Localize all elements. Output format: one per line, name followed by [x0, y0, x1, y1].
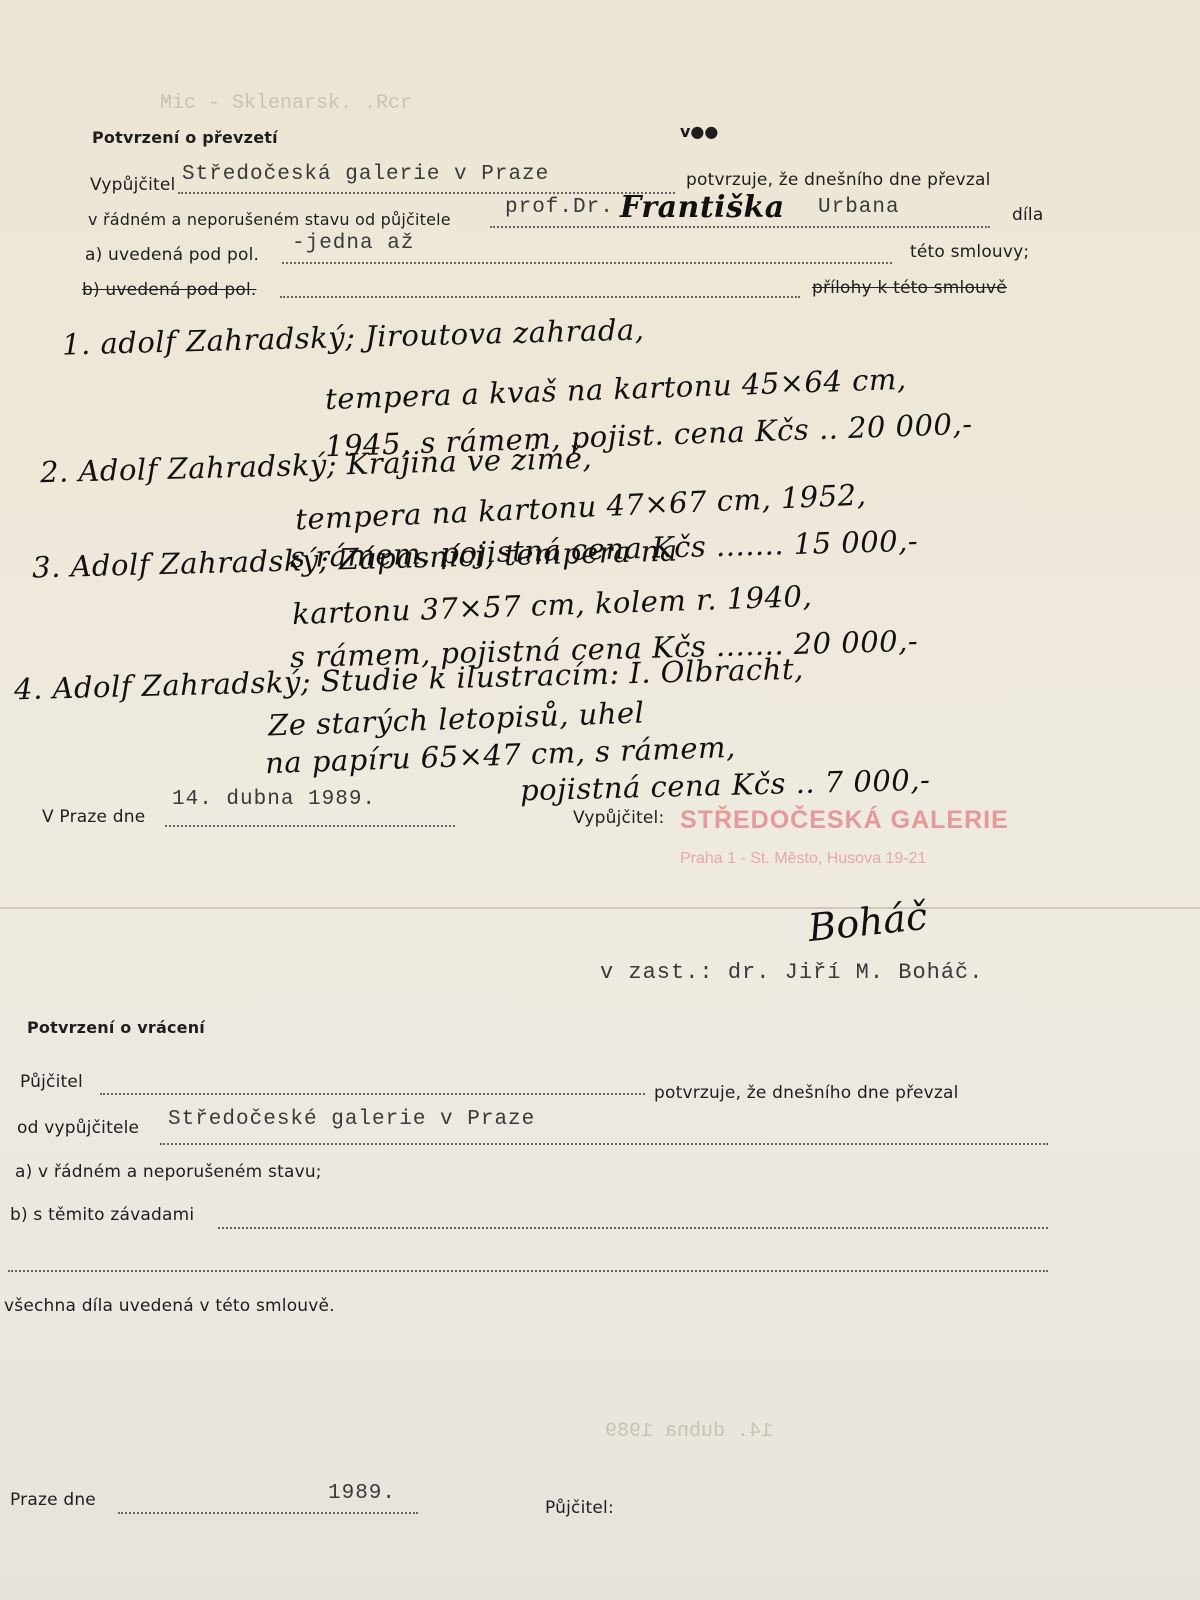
condition-label: v řádném a neporušeném stavu od půjčitel… [88, 210, 451, 229]
confirms-text: potvrzuje, že dnešního dne převzal [686, 170, 991, 190]
faded-header-text: Mic - Sklenarsk. .Rcr [160, 92, 412, 115]
item-a-value: -jedna až [292, 232, 414, 255]
return-date-value: 1989. [328, 1482, 396, 1505]
lender-line [490, 226, 990, 228]
item-b-suffix: přílohy k této smlouvě [812, 278, 1007, 298]
paper-fold [0, 907, 1200, 909]
item-2-line-1: 2. Adolf Zahradský; Krajina ve zimě, [40, 441, 593, 489]
return-confirms-text: potvrzuje, že dnešního dne převzal [654, 1083, 959, 1103]
item-a-line [282, 262, 892, 264]
return-date-line [118, 1512, 418, 1514]
item-3-line-2: kartonu 37×57 cm, kolem r. 1940, [292, 579, 813, 631]
all-works-text: všechna díla uvedená v této smlouvě. [4, 1296, 335, 1316]
return-lender-line [100, 1093, 645, 1095]
from-borrower-value: Středočeské galerie v Praze [168, 1108, 535, 1131]
date-value: 14. dubna 1989. [172, 788, 376, 811]
stamp-name: STŘEDOČESKÁ GALERIE [680, 806, 1009, 835]
borrower-label: Vypůjčitel [90, 175, 175, 195]
borrower-value: Středočeská galerie v Praze [182, 163, 549, 186]
option-a: a) v řádném a neporušeném stavu; [15, 1162, 322, 1182]
stamp-address: Praha 1 - St. Město, Husova 19-21 [680, 850, 926, 868]
item-3-line-1: 3. Adolf Zahradský; Zápasníci, tempera n… [32, 534, 678, 585]
from-borrower-line [160, 1143, 1048, 1145]
date-line [165, 825, 455, 827]
item-a-suffix: této smlouvy; [910, 242, 1029, 262]
item-a-label: a) uvedená pod pol. [85, 245, 259, 265]
return-lender-label: Půjčitel [20, 1072, 83, 1092]
receipt-title: Potvrzení o převzetí [92, 128, 278, 147]
option-b-line-2 [8, 1270, 1048, 1272]
representative: v zast.: dr. Jiří M. Boháč. [600, 960, 983, 985]
item-b-label: b) uvedená pod pol. [82, 280, 256, 300]
return-date-label: Praze dne [10, 1490, 96, 1510]
signature: Boháč [806, 894, 929, 950]
item-1-line-2: tempera a kvaš na kartonu 45×64 cm, [325, 362, 907, 416]
borrower-line [178, 192, 675, 194]
item-4-line-4: pojistná cena Kčs .. 7 000,- [520, 763, 931, 808]
option-b: b) s těmito závadami [10, 1205, 194, 1225]
lender-typed-prefix: prof.Dr. [505, 196, 614, 219]
ink-marks: v●● [680, 122, 718, 141]
from-borrower-label: od vypůjčitele [17, 1118, 139, 1138]
lender-sign-label: Půjčitel: [545, 1498, 614, 1518]
return-title: Potvrzení o vrácení [27, 1018, 205, 1037]
date-label: V Praze dne [42, 807, 145, 827]
option-b-line [218, 1227, 1048, 1229]
faint-mirror-text: 14. dubna 1989 [605, 1420, 773, 1443]
lender-typed-suffix: Urbana [818, 196, 900, 219]
lender-handwritten: Františka [620, 190, 785, 225]
borrower-sign-label: Vypůjčitel: [573, 808, 664, 828]
item-b-line [280, 296, 800, 298]
item-1-line-1: 1. adolf Zahradský; Jiroutova zahrada, [62, 312, 645, 361]
works-label: díla [1012, 205, 1043, 225]
